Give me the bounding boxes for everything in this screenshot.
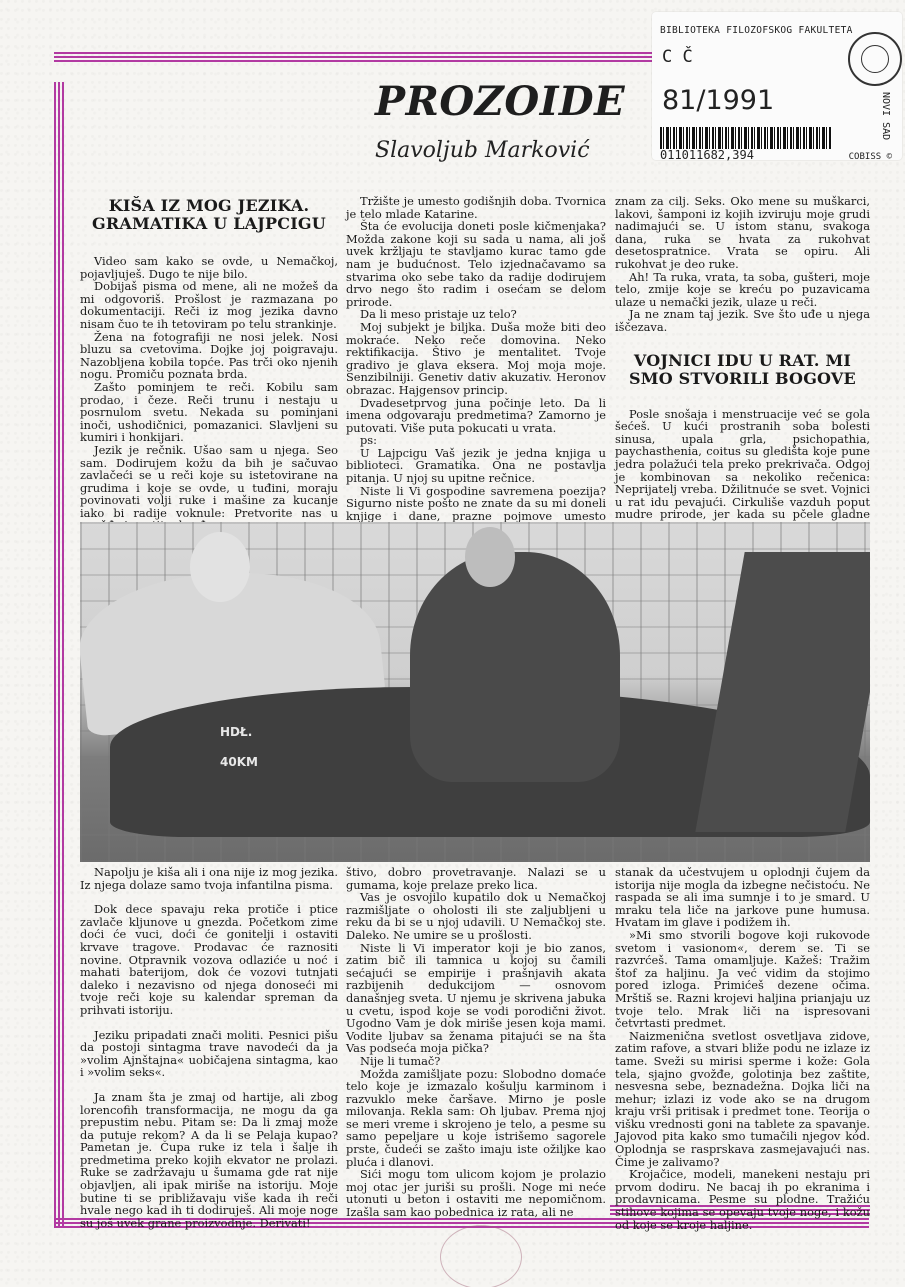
paragraph: Šta će evolucija doneti posle kičmenjaka… bbox=[346, 220, 606, 308]
paragraph: Jeziku pripadati znači moliti. Pesnici p… bbox=[80, 1029, 338, 1079]
paragraph: Dvadesetprvog juna počinje leto. Da li i… bbox=[346, 397, 606, 435]
frame-rule-top bbox=[54, 52, 654, 62]
paragraph: znam za cilj. Seks. Oko mene su muškarci… bbox=[615, 195, 870, 271]
library-name: BIBLIOTEKA FILOZOFSKOG FAKULTETA bbox=[660, 25, 853, 36]
paragraph: Ja ne znam taj jezik. Sve što uđe u njeg… bbox=[615, 308, 870, 333]
car-marking-line-2: 40KM bbox=[220, 747, 258, 777]
car-marking-line-1: HDŁ. bbox=[220, 717, 258, 747]
paragraph: Dobijaš pisma od mene, ali ne možeš da m… bbox=[80, 280, 338, 330]
barcode-number: 011011682,394 bbox=[660, 148, 754, 162]
page-title: PROZOIDE bbox=[375, 78, 635, 125]
library-label: BIBLIOTEKA FILOZOFSKOG FAKULTETA C Č 81/… bbox=[652, 12, 902, 160]
article-photo: HDŁ. 40KM bbox=[80, 522, 870, 862]
article2-headline: VOJNICI IDU U RAT. MI SMO STVORILI BOGOV… bbox=[615, 352, 870, 388]
bottom-column-1: Napolju je kiša ali i ona nije iz mog je… bbox=[80, 866, 338, 1229]
paragraph: Napolju je kiša ali i ona nije iz mog je… bbox=[80, 866, 338, 891]
paragraph: Jezik je rečnik. Ušao sam u njega. Seo s… bbox=[80, 444, 338, 532]
paragraph: »Mi smo stvorili bogove koji rukovode sv… bbox=[615, 929, 870, 1030]
headline-line-1: VOJNICI IDU U RAT. MI bbox=[634, 351, 851, 370]
paragraph: Krojačice, modeli, manekeni nestaju pri … bbox=[615, 1168, 870, 1231]
paragraph: Možda zamišljate pozu: Slobodno domaće t… bbox=[346, 1068, 606, 1169]
article1-column-3: znam za cilj. Seks. Oko mene su muškarci… bbox=[615, 195, 870, 559]
library-city: NOVI SAD bbox=[880, 92, 891, 140]
paragraph: štivo, dobro provetravanje. Nalazi se u … bbox=[346, 866, 606, 891]
headline-line-2: GRAMATIKA U LAJPCIGU bbox=[92, 214, 326, 233]
paragraph: Ah! Ta ruka, vrata, ta soba, gušteri, mo… bbox=[615, 271, 870, 309]
headline-line-2: SMO STVORILI BOGOVE bbox=[629, 369, 856, 388]
library-seal-icon bbox=[848, 32, 902, 86]
paragraph: Ja znam šta je zmaj od hartije, ali zbog… bbox=[80, 1091, 338, 1230]
article1-headline: KIŠA IZ MOG JEZIKA. GRAMATIKA U LAJPCIGU bbox=[80, 197, 338, 233]
call-number: 81/1991 bbox=[662, 85, 774, 116]
paragraph: Naizmenična svetlost osvetljava zidove, … bbox=[615, 1030, 870, 1169]
article1-column-1: KIŠA IZ MOG JEZIKA. GRAMATIKA U LAJPCIGU… bbox=[80, 197, 338, 532]
bottom-column-2: štivo, dobro provetravanje. Nalazi se u … bbox=[346, 866, 606, 1219]
paragraph: Nije li tumač? bbox=[346, 1055, 606, 1068]
person-figure bbox=[410, 552, 620, 782]
paragraph: Tržište je umesto godišnjih doba. Tvorni… bbox=[346, 195, 606, 220]
paragraph: Dok dece spavaju reka protiče i ptice za… bbox=[80, 903, 338, 1016]
paragraph: Sići mogu tom ulicom kojom je prolazio m… bbox=[346, 1168, 606, 1218]
author-byline: Slavoljub Marković bbox=[375, 138, 655, 163]
paragraph: Niste li Vi imperator koji je bio zanos,… bbox=[346, 942, 606, 1055]
bottom-column-3: stanak da učestvujem u oplodnji čujem da… bbox=[615, 866, 870, 1231]
paragraph: U Lajpcigu Vaš jezik je jedna knjiga u b… bbox=[346, 447, 606, 485]
library-stamp-icon bbox=[440, 1225, 522, 1287]
paragraph: Zašto pominjem te reči. Kobilu sam proda… bbox=[80, 381, 338, 444]
barcode-icon bbox=[660, 127, 832, 149]
cobiss-mark: COBISS © bbox=[849, 152, 892, 162]
person-head bbox=[190, 532, 250, 602]
article1-column-2: Tržište je umesto godišnjih doba. Tvorni… bbox=[346, 195, 606, 535]
person-head bbox=[465, 527, 515, 587]
frame-rule-left bbox=[54, 82, 64, 1227]
paragraph: Vas je osvojilo kupatilo dok u Nemačkoj … bbox=[346, 891, 606, 941]
paragraph: Moj subjekt je biljka. Duša može biti de… bbox=[346, 321, 606, 397]
library-code: C Č bbox=[662, 47, 693, 67]
paragraph: Žena na fotografiji ne nosi jelek. Nosi … bbox=[80, 331, 338, 381]
car-marking: HDŁ. 40KM bbox=[220, 717, 258, 777]
headline-line-1: KIŠA IZ MOG JEZIKA. bbox=[109, 196, 310, 215]
paragraph: stanak da učestvujem u oplodnji čujem da… bbox=[615, 866, 870, 929]
paragraph: ps: bbox=[346, 434, 606, 447]
paragraph: Video sam kako se ovde, u Nemačkoj, poja… bbox=[80, 255, 338, 280]
